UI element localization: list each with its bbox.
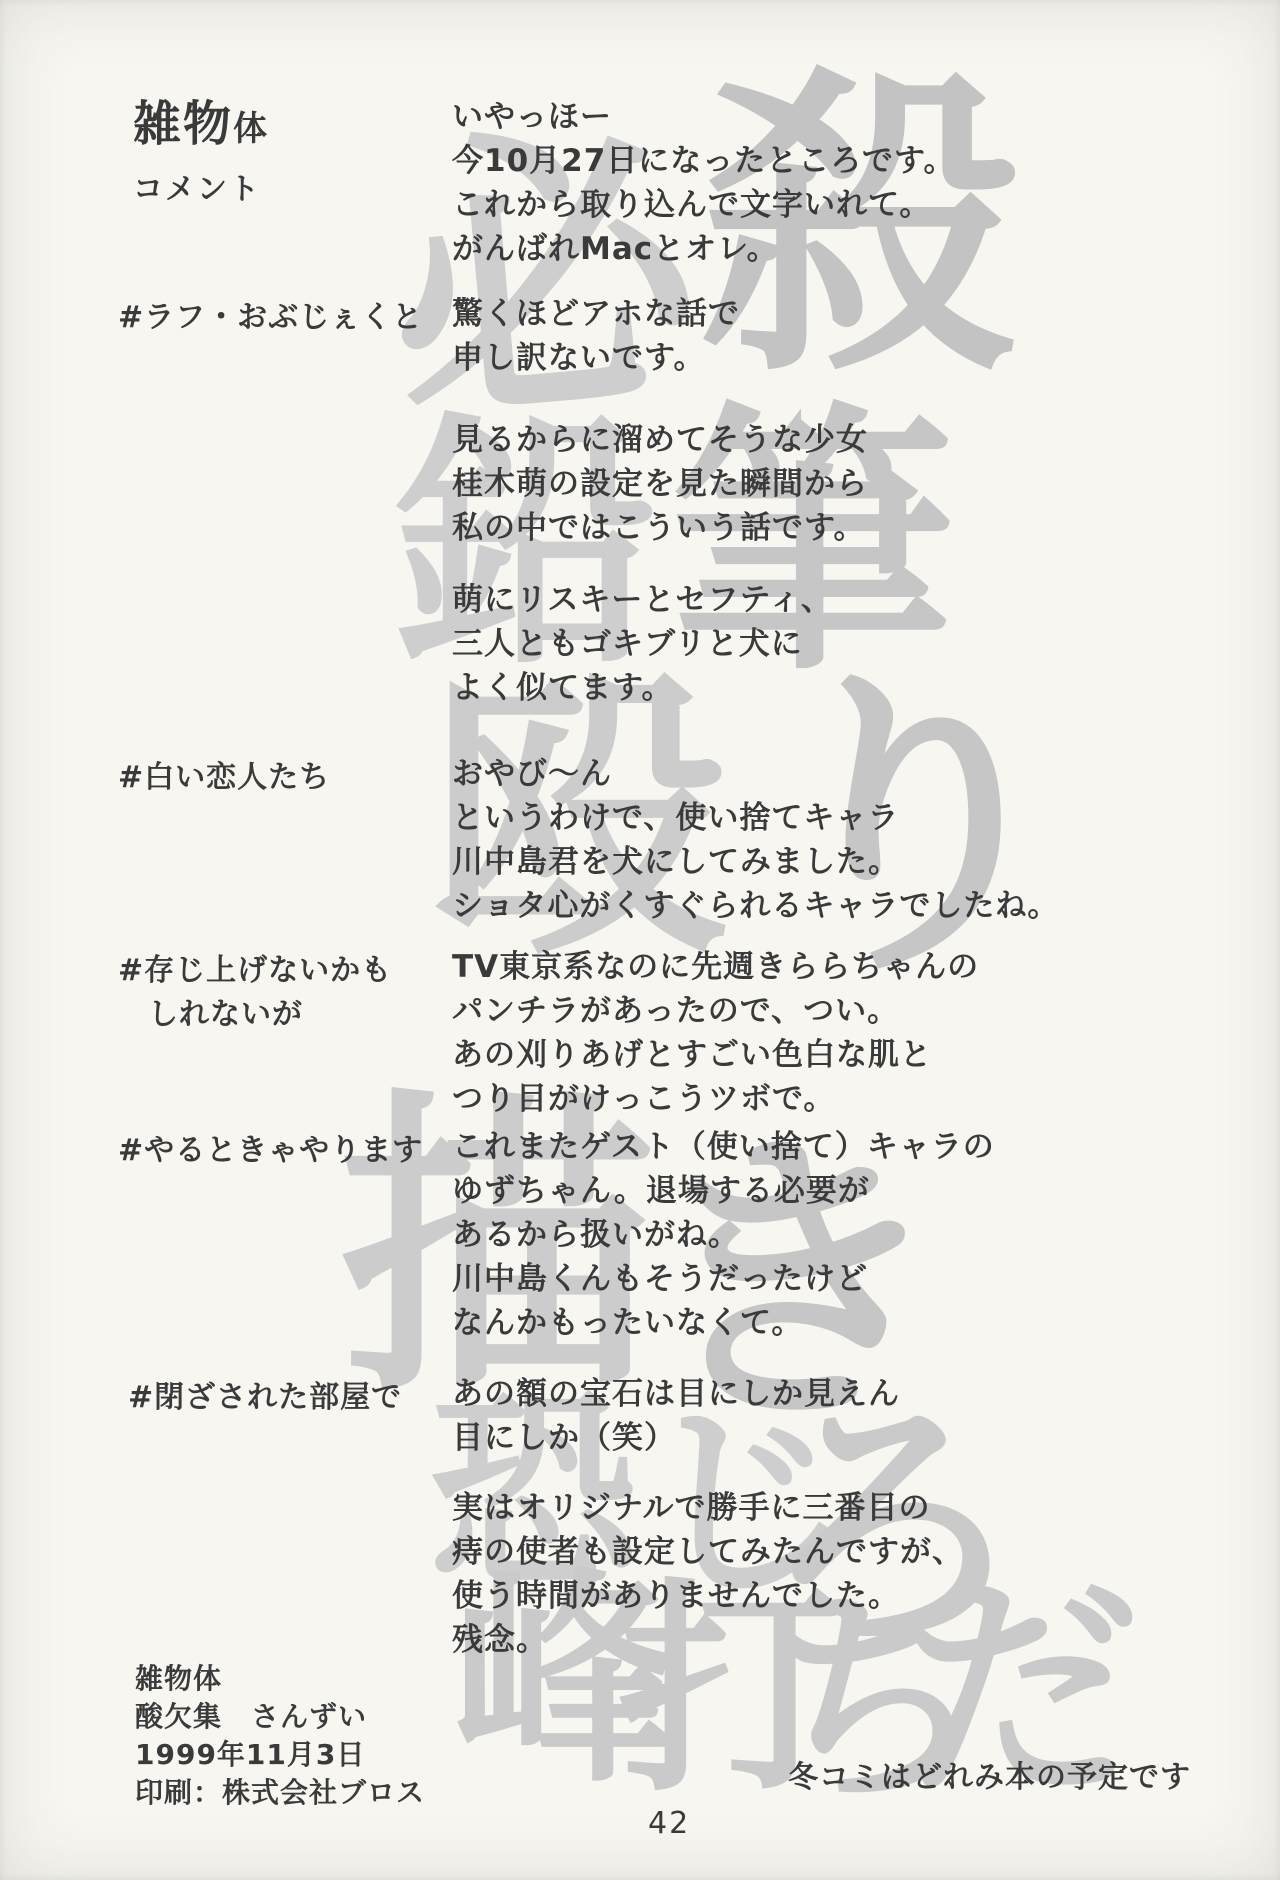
- scanned-doujinshi-comment-page: 必 殺 鉛 筆 殴 り 描 き 恐 じ ろ 峰 打 ち だ 雑物体 コメント い…: [0, 0, 1280, 1880]
- text-line: つり目がけっこうツボで。: [452, 1077, 979, 1121]
- section-label-line1: #存じ上げないかも: [118, 953, 392, 988]
- text-line: 使う時間がありませんでした。: [452, 1574, 964, 1618]
- text-line: 川中島君を犬にしてみました。: [452, 840, 1059, 884]
- text-line: 実はオリジナルで勝手に三番目の: [452, 1486, 964, 1530]
- text-line: これまたゲスト（使い捨て）キャラの: [452, 1125, 995, 1169]
- text-line: ショタ心がくすぐられるキャラでしたね。: [452, 884, 1059, 928]
- title-suffix: 体: [233, 109, 268, 149]
- text-line: パンチラがあったので、つい。: [452, 989, 979, 1033]
- text-line: これから取り込んで文字いれて。: [452, 183, 956, 227]
- text-line: がんばれMacとオレ。: [452, 227, 956, 271]
- section-label-line2: しれないが: [148, 989, 303, 1033]
- section-paragraph: 実はオリジナルで勝手に三番目の 痔の使者も設定してみたんですが、 使う時間があり…: [452, 1486, 964, 1662]
- text-line: 桂木萌の設定を見た瞬間から: [452, 462, 868, 506]
- section-paragraph: あの額の宝石は目にしか見えん 目にしか（笑）: [452, 1372, 900, 1460]
- section-paragraph: 驚くほどアホな話で 申し訳ないです。: [452, 292, 740, 380]
- text-line: あの額の宝石は目にしか見えん: [452, 1372, 900, 1416]
- text-line: TV東京系なのに先週きららちゃんの: [452, 945, 979, 989]
- text-line: 残念。: [452, 1618, 964, 1662]
- text-line: よく似てます。: [452, 666, 833, 710]
- text-line: なんかもったいなくて。: [452, 1301, 995, 1345]
- colophon-circle-name: 雑物体: [135, 1660, 425, 1698]
- page-title: 雑物体 コメント: [133, 85, 268, 208]
- section-label: #存じ上げないかも しれないが: [118, 945, 392, 989]
- text-line: というわけで、使い捨てキャラ: [452, 796, 1059, 840]
- text-line: おやび～ん: [452, 752, 1059, 796]
- colophon-date: 1999年11月3日: [135, 1736, 425, 1774]
- text-line: あるから扱いがね。: [452, 1213, 995, 1257]
- text-line: 驚くほどアホな話で: [452, 292, 740, 336]
- section-label: #やるときゃやります: [118, 1125, 423, 1169]
- section-paragraph: 萌にリスキーとセフティ、 三人ともゴキブリと犬に よく似てます。: [452, 578, 833, 710]
- text-line: ゆずちゃん。退場する必要が: [452, 1169, 995, 1213]
- text-line: 萌にリスキーとセフティ、: [452, 578, 833, 622]
- text-line: 目にしか（笑）: [452, 1416, 900, 1460]
- text-line: 痔の使者も設定してみたんですが、: [452, 1530, 964, 1574]
- text-line: 川中島くんもそうだったけど: [452, 1257, 995, 1301]
- section-label: #ラフ・おぶじぇくと: [118, 292, 423, 336]
- footer-note: 冬コミはどれみ本の予定です: [788, 1752, 1191, 1796]
- text-line: 三人ともゴキブリと犬に: [452, 622, 833, 666]
- section-paragraph: 見るからに溜めてそうな少女 桂木萌の設定を見た瞬間から 私の中ではこういう話です…: [452, 418, 868, 550]
- intro-paragraph: いやっほー 今10月27日になったところです。 これから取り込んで文字いれて。 …: [452, 95, 956, 271]
- colophon-printer: 印刷：株式会社ブロス: [135, 1774, 425, 1812]
- text-line: 申し訳ないです。: [452, 336, 740, 380]
- text-line: 私の中ではこういう話です。: [452, 506, 868, 550]
- section-paragraph: おやび～ん というわけで、使い捨てキャラ 川中島君を犬にしてみました。 ショタ心…: [452, 752, 1059, 928]
- section-paragraph: TV東京系なのに先週きららちゃんの パンチラがあったので、つい。 あの刈りあげと…: [452, 945, 979, 1121]
- page-number: 42: [648, 1806, 690, 1841]
- text-line: 見るからに溜めてそうな少女: [452, 418, 868, 462]
- section-label: #閉ざされた部屋で: [128, 1372, 402, 1416]
- text-line: 今10月27日になったところです。: [452, 139, 956, 183]
- text-line: いやっほー: [452, 95, 956, 139]
- colophon: 雑物体 酸欠集 さんずい 1999年11月3日 印刷：株式会社ブロス: [135, 1660, 425, 1812]
- title-subtitle: コメント: [133, 164, 268, 208]
- colophon-series-author: 酸欠集 さんずい: [135, 1698, 425, 1736]
- section-label: #白い恋人たち: [118, 752, 330, 796]
- text-line: あの刈りあげとすごい色白な肌と: [452, 1033, 979, 1077]
- section-paragraph: これまたゲスト（使い捨て）キャラの ゆずちゃん。退場する必要が あるから扱いがね…: [452, 1125, 995, 1345]
- title-main: 雑物: [133, 96, 233, 152]
